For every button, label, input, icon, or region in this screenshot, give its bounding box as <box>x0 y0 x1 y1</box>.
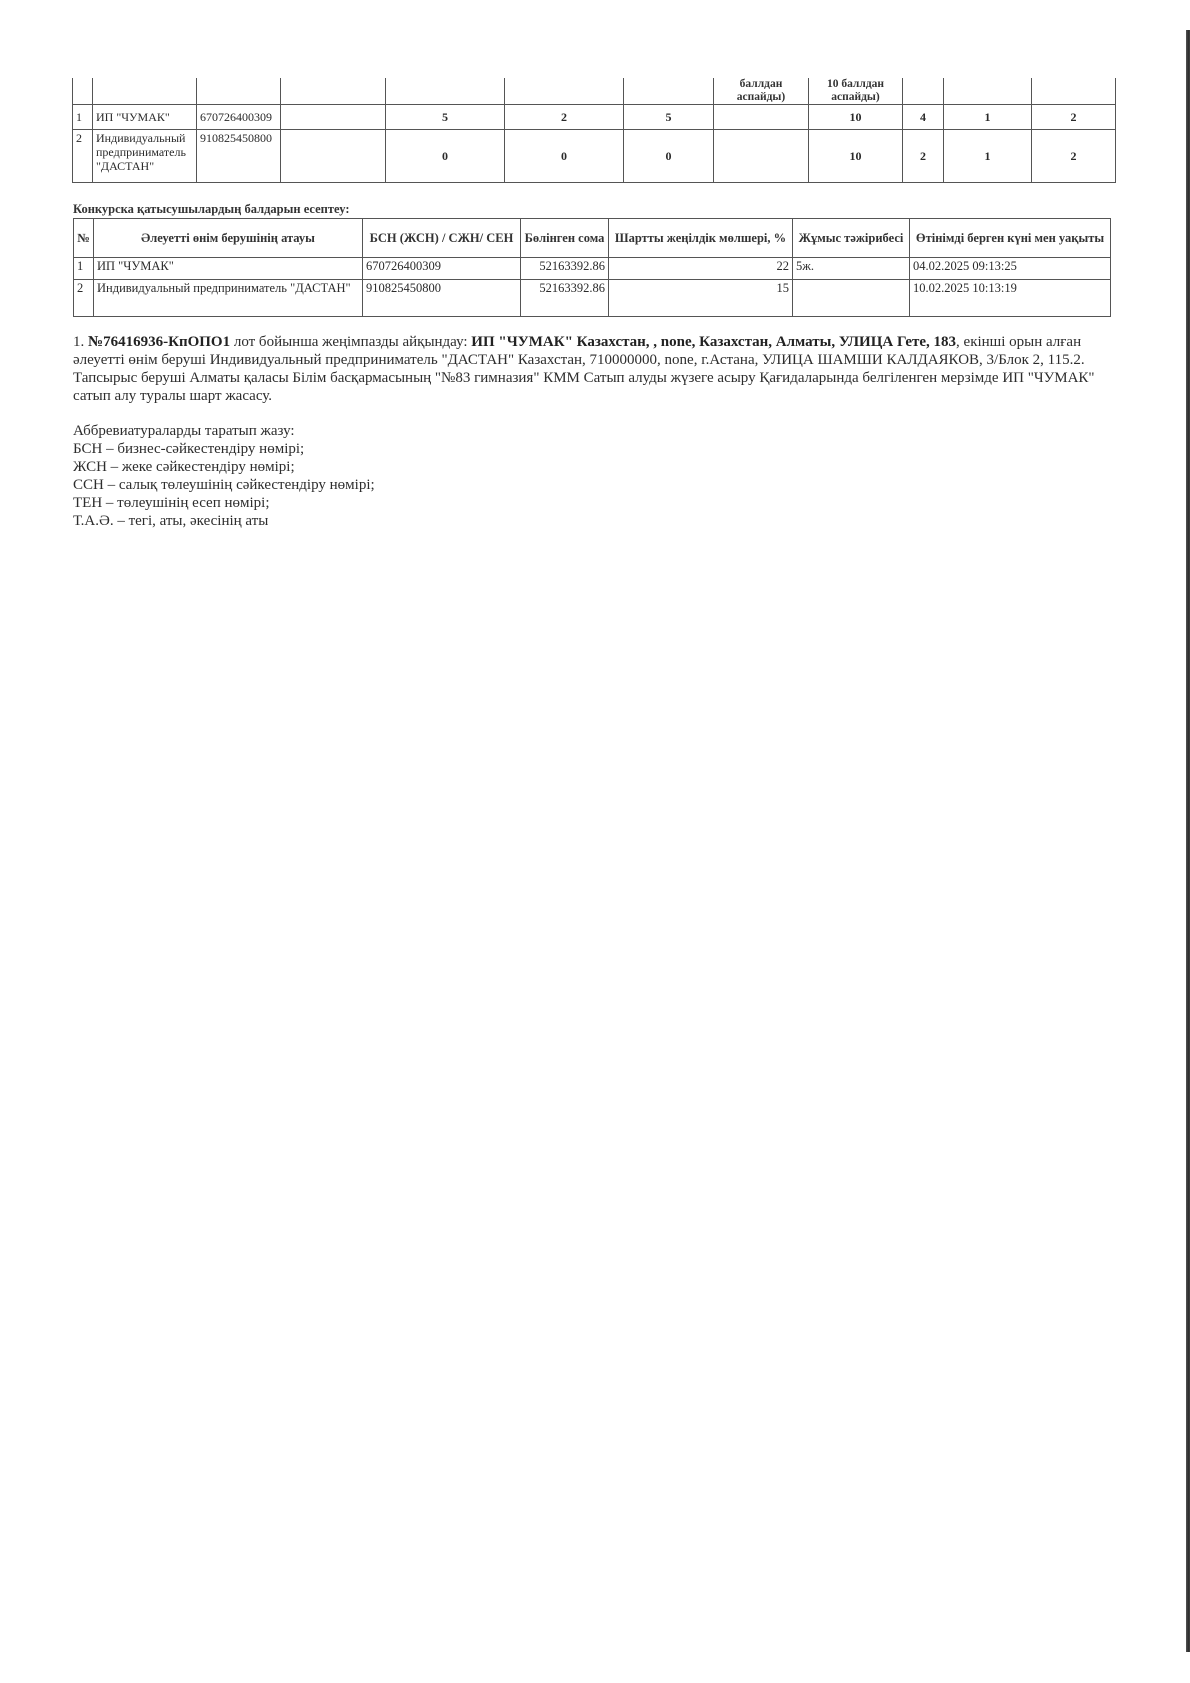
header-cell <box>944 78 1032 105</box>
header-cell <box>281 78 386 105</box>
column-header-submitted: Өтінімді берген күні мен уақыты <box>910 219 1111 258</box>
column-header-supplier: Әлеуетті өнім берушінің атауы <box>94 219 363 258</box>
header-cell: баллдан аспайды) <box>714 78 809 105</box>
submission-datetime: 04.02.2025 09:13:25 <box>910 258 1111 280</box>
score-cell <box>281 130 386 183</box>
abbreviation-item: ТЕН – төлеушінің есеп нөмірі; <box>73 494 773 512</box>
score-cell: 5 <box>386 105 505 130</box>
score-cell: 1 <box>944 105 1032 130</box>
supplier-name: Индивидуальный предприниматель "ДАСТАН" <box>94 280 363 317</box>
row-number: 1 <box>74 258 94 280</box>
score-cell: 0 <box>505 130 624 183</box>
score-cell <box>714 105 809 130</box>
scanner-edge <box>1186 30 1190 1652</box>
allocated-amount: 52163392.86 <box>521 280 609 317</box>
table-header: № Әлеуетті өнім берушінің атауы БСН (ЖСН… <box>74 219 1111 258</box>
supplier-id: 910825450800 <box>197 130 281 183</box>
row-number: 1 <box>73 105 93 130</box>
row-number: 2 <box>74 280 94 317</box>
allocated-amount: 52163392.86 <box>521 258 609 280</box>
header-cell <box>386 78 505 105</box>
row-number: 2 <box>73 130 93 183</box>
table-row: 1 ИП "ЧУМАК" 670726400309 5 2 5 10 4 1 2 <box>73 105 1116 130</box>
table-row: 1 ИП "ЧУМАК" 670726400309 52163392.86 22… <box>74 258 1111 280</box>
discount-percent: 22 <box>609 258 793 280</box>
score-cell: 4 <box>903 105 944 130</box>
header-cell <box>624 78 714 105</box>
supplier-id: 670726400309 <box>197 105 281 130</box>
supplier-name: Индивидуальный предприниматель "ДАСТАН" <box>93 130 197 183</box>
header-cell <box>505 78 624 105</box>
score-cell: 2 <box>1032 105 1116 130</box>
abbreviations-title: Аббревиатураларды таратып жазу: <box>73 422 773 440</box>
score-cell: 1 <box>944 130 1032 183</box>
discount-percent: 15 <box>609 280 793 317</box>
score-cell: 5 <box>624 105 714 130</box>
score-cell: 0 <box>624 130 714 183</box>
ranking-table: № Әлеуетті өнім берушінің атауы БСН (ЖСН… <box>73 218 1111 317</box>
lot-number: №76416936-КпОПО1 <box>88 334 230 350</box>
header-cell: 10 баллдан аспайды) <box>809 78 903 105</box>
score-cell <box>714 130 809 183</box>
column-header-discount: Шартты жеңілдік мөлшері, % <box>609 219 793 258</box>
header-cell <box>93 78 197 105</box>
score-cell: 2 <box>1032 130 1116 183</box>
work-experience <box>793 280 910 317</box>
work-experience: 5ж. <box>793 258 910 280</box>
winner-details: ИП "ЧУМАК" Казахстан, , none, Казахстан,… <box>471 334 956 350</box>
table-row: 2 Индивидуальный предприниматель "ДАСТАН… <box>73 130 1116 183</box>
header-cell <box>903 78 944 105</box>
supplier-name: ИП "ЧУМАК" <box>94 258 363 280</box>
score-cell: 10 <box>809 105 903 130</box>
supplier-id: 910825450800 <box>363 280 521 317</box>
supplier-id: 670726400309 <box>363 258 521 280</box>
abbreviations-block: Аббревиатураларды таратып жазу: БСН – би… <box>73 422 773 530</box>
submission-datetime: 10.02.2025 10:13:19 <box>910 280 1111 317</box>
abbreviation-item: Т.А.Ә. – тегі, аты, әкесінің аты <box>73 512 773 530</box>
column-header-number: № <box>74 219 94 258</box>
abbreviation-item: ССН – салық төлеушінің сәйкестендіру нөм… <box>73 476 773 494</box>
column-header-experience: Жұмыс тәжірибесі <box>793 219 910 258</box>
score-cell: 2 <box>505 105 624 130</box>
header-cell <box>73 78 93 105</box>
score-cell: 2 <box>903 130 944 183</box>
ranking-section-title: Конкурска қатысушылардың балдарын есепте… <box>73 202 350 217</box>
header-cell <box>1032 78 1116 105</box>
decision-paragraph: 1. №76416936-КпОПО1 лот бойынша жеңімпаз… <box>73 333 1123 405</box>
abbreviation-item: БСН – бизнес-сәйкестендіру нөмірі; <box>73 440 773 458</box>
decision-lot-text: лот бойынша жеңімпазды айқындау: <box>230 334 471 350</box>
score-cell: 0 <box>386 130 505 183</box>
table-header-continuation: баллдан аспайды) 10 баллдан аспайды) <box>73 78 1116 105</box>
abbreviation-item: ЖСН – жеке сәйкестендіру нөмірі; <box>73 458 773 476</box>
score-cell <box>281 105 386 130</box>
decision-prefix: 1. <box>73 334 88 350</box>
table-row: 2 Индивидуальный предприниматель "ДАСТАН… <box>74 280 1111 317</box>
column-header-amount: Бөлінген сома <box>521 219 609 258</box>
score-cell: 10 <box>809 130 903 183</box>
supplier-name: ИП "ЧУМАК" <box>93 105 197 130</box>
header-cell <box>197 78 281 105</box>
scores-table: баллдан аспайды) 10 баллдан аспайды) 1 И… <box>72 78 1116 183</box>
column-header-id: БСН (ЖСН) / СЖН/ СЕН <box>363 219 521 258</box>
